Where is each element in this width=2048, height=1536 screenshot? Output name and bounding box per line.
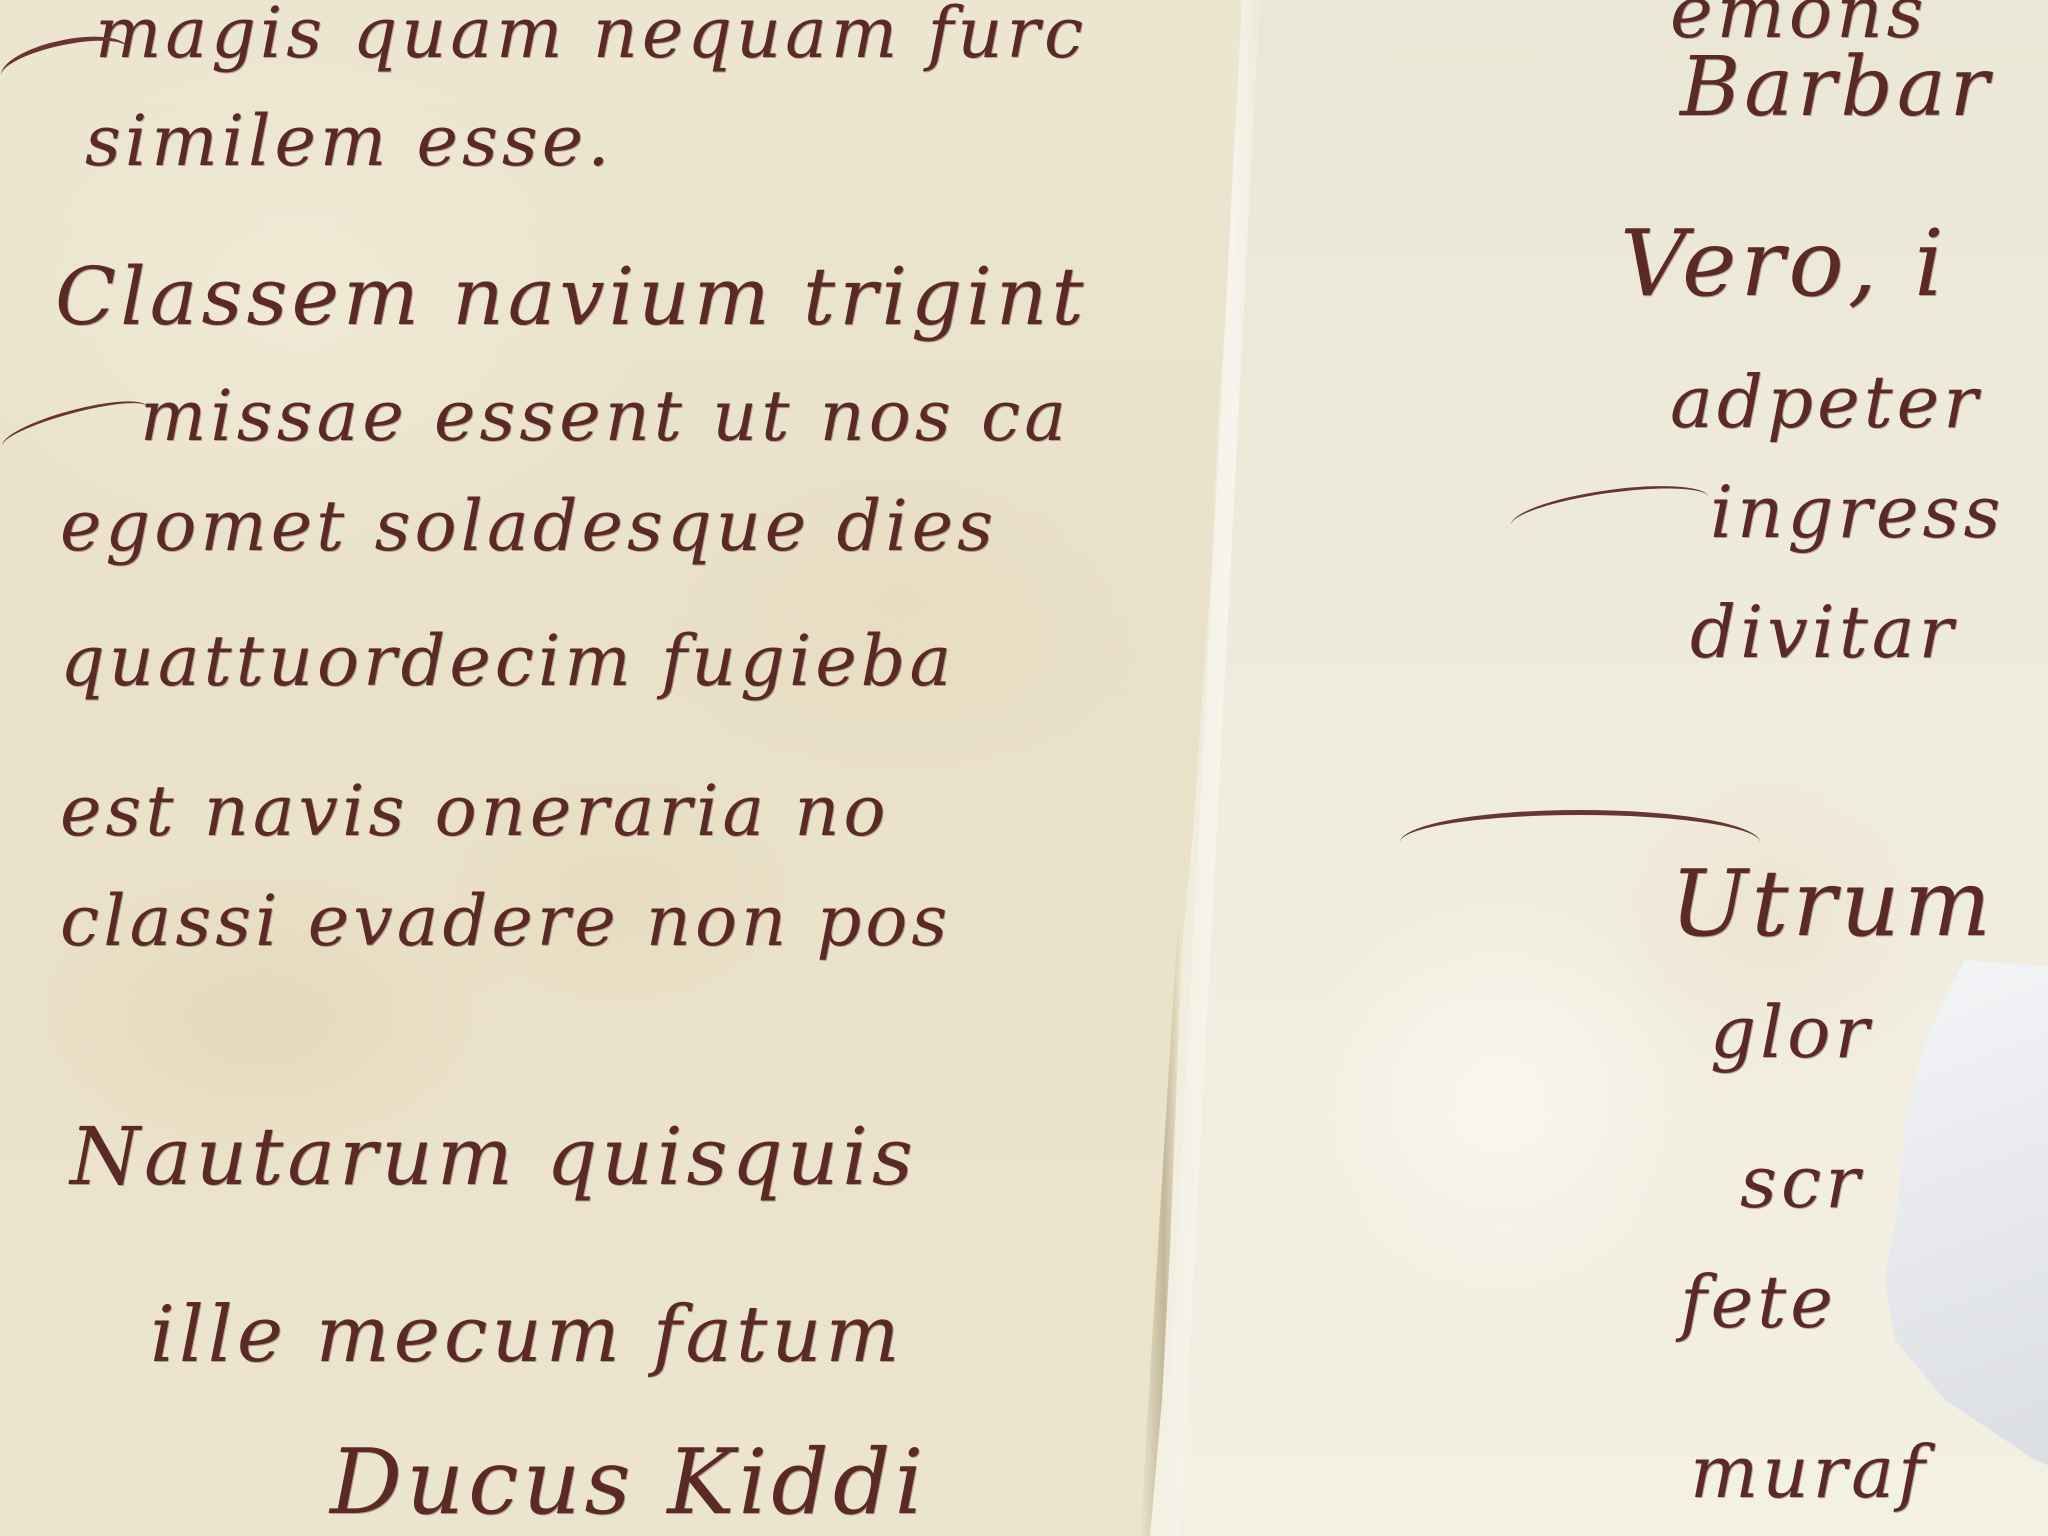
text-line: divitar [1690,590,1957,674]
text-line: missae essent ut nos ca [140,375,1070,457]
text-line: est navis oneraria no [60,770,890,852]
ink-flourish [0,391,152,462]
text-line: adpeter [1670,360,1982,444]
text-line: quattuordecim fugieba [60,620,955,702]
ink-flourish [1400,810,1760,875]
text-line: muraf [1690,1430,1929,1514]
left-manuscript-page: magis quam nequam furc similem esse. Cla… [0,0,1230,1536]
text-line: Ducus Kiddi [330,1430,927,1535]
text-line: magis quam nequam furc [95,0,1087,74]
text-line: classi evadere non pos [60,880,951,962]
text-line: fete [1680,1260,1837,1344]
text-line: Barbar [1680,40,1993,135]
text-line: Nautarum quisquis [70,1110,917,1203]
text-line: ille mecum fatum [150,1290,904,1380]
ink-flourish [0,27,133,98]
text-line: Classem navium trigint [55,250,1088,343]
text-line: glor [1710,990,1873,1074]
text-line: Vero, i [1620,210,1948,317]
text-line: egomet soladesque dies [60,485,997,567]
text-line: ingress [1710,470,2004,554]
manuscript-photo: magis quam nequam furc similem esse. Cla… [0,0,2048,1536]
ink-flourish [1508,476,1712,546]
text-line: similem esse. [85,100,613,182]
text-line: scr [1740,1140,1864,1224]
